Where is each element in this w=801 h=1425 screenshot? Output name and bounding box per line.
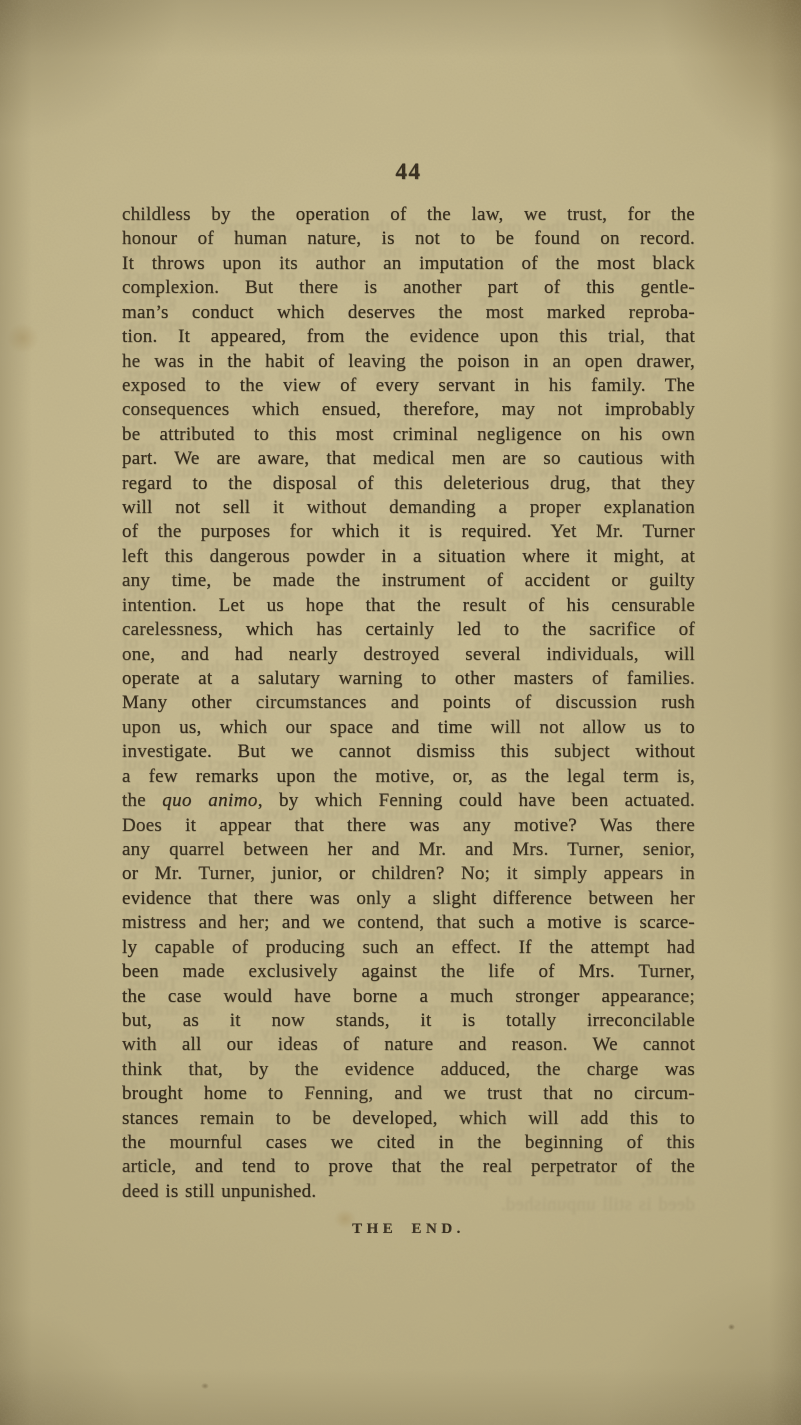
text-line: Many other circumstances and points of d… [122,691,695,715]
text-line: be attributed to this most criminal negl… [122,423,695,447]
text-line: upon us, which our space and time will n… [122,716,695,740]
text-line: ly capable of producing such an effect. … [122,936,695,960]
text-line: complexion. But there is another part of… [122,276,695,300]
text-line: of the purposes for which it is required… [122,520,695,544]
text-line: consequences which ensued, therefore, ma… [122,398,695,422]
text-line: the case would have borne a much stronge… [122,985,695,1009]
paper-stain [2,318,44,358]
text-line: carelessness, which has certainly led to… [122,618,695,642]
text-line: tion. It appeared, from the evidence upo… [122,325,695,349]
text-line: honour of human nature, is not to be fou… [122,227,695,251]
text-line: article, and tend to prove that the real… [122,1155,695,1179]
text-line: or Mr. Turner, junior, or children? No; … [122,862,695,886]
text-line: exposed to the view of every servant in … [122,374,695,398]
text-line: man’s conduct which deserves the most ma… [122,301,695,325]
text-line: will not sell it without demanding a pro… [122,496,695,520]
text-line: he was in the habit of leaving the poiso… [122,350,695,374]
paper-speck [200,1382,210,1390]
text-line: the quo animo, by which Fenning could ha… [122,789,695,813]
text-line: any time, be made the instrument of acci… [122,569,695,593]
text-line: evidence that there was only a slight di… [122,887,695,911]
text-line: investigate. But we cannot dismiss this … [122,740,695,764]
text-line: any quarrel between her and Mr. and Mrs.… [122,838,695,862]
text-line: mistress and her; and we contend, that s… [122,911,695,935]
text-line: left this dangerous powder in a situatio… [122,545,695,569]
text-block: childless by the operation of the law, w… [122,203,695,1204]
text-line: Does it appear that there was any motive… [122,814,695,838]
text-line: brought home to Fenning, and we trust th… [122,1082,695,1106]
text-line: regard to the disposal of this deleterio… [122,472,695,496]
text-line: been made exclusively against the life o… [122,960,695,984]
page-number: 44 [122,160,695,183]
text-line: part. We are aware, that medical men are… [122,447,695,471]
text-line: It throws upon its author an imputation … [122,252,695,276]
the-end-label: THE END. [122,1220,695,1238]
text-line: the mournful cases we cited in the begin… [122,1131,695,1155]
paper-speck [727,1323,736,1331]
book-page-scan: childless by the operation of the law, w… [0,0,801,1425]
text-line: but, as it now stands, it is totally irr… [122,1009,695,1033]
text-line: childless by the operation of the law, w… [122,203,695,227]
text-line: stances remain to be developed, which wi… [122,1107,695,1131]
text-line: deed is still unpunished. [122,1180,695,1204]
text-line: a few remarks upon the motive, or, as th… [122,765,695,789]
text-line: one, and had nearly destroyed several in… [122,643,695,667]
text-line: with all our ideas of nature and reason.… [122,1033,695,1057]
text-line: intention. Let us hope that the result o… [122,594,695,618]
text-line: operate at a salutary warning to other m… [122,667,695,691]
text-line: think that, by the evidence adduced, the… [122,1058,695,1082]
